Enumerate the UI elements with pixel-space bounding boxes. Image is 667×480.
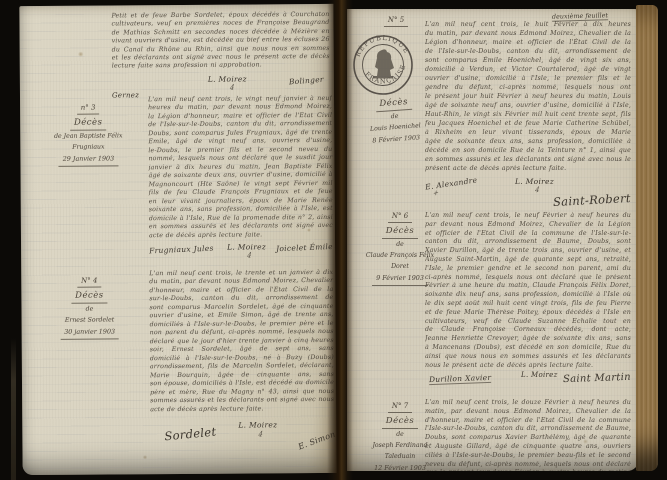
margin-note-act5-number: N° 5 (361, 15, 431, 29)
deceased-name: de (86, 306, 94, 315)
act-date: 12 Février 1903 (370, 464, 430, 471)
signature-mayor: L. Moirez (515, 177, 554, 186)
signature-declarant: Sordelet (164, 425, 217, 444)
handwriting-line: domicilié à Verdun, et Victor Courtalero… (425, 65, 631, 74)
right-page: N° 5 deuxième feuillet RÉPUBLIQUE FRANÇA… (347, 9, 639, 471)
handwriting-line: sont comparus Émile Hoenichel, âgé de vi… (425, 56, 631, 65)
handwriting-line: Février à une heure du matin, Claude Fra… (425, 282, 631, 291)
signature-declarant: Durillon Xavier (429, 373, 492, 385)
act-number: N° 7 (388, 401, 412, 413)
handwriting-line: que le présent jour douze Février à quat… (425, 469, 631, 471)
act-number: N° 6 (388, 211, 412, 223)
act4-signatures: Sordelet L. Moirez 4 E. Simon (150, 418, 334, 465)
underlying-page-edge (11, 338, 16, 480)
deceased-name: Claude François Félix (366, 252, 434, 261)
handwriting-line: en sommes assurés et les déclarants ont … (425, 155, 631, 164)
signature-witness: Bolinger (289, 75, 324, 87)
signature-witness: Joicelet Émile (276, 242, 333, 253)
handwriting-line: acte de décès après lecture faite. (150, 404, 334, 414)
handwriting-line: L'an mil neuf cent trois, le huit Févrie… (425, 20, 631, 29)
margin-note-act3: n° 3 Décès de Jean Baptiste Félix Frugni… (38, 102, 138, 168)
handwriting-line: Jeanne Henriette Crevoyer, âgée de soixa… (425, 335, 631, 344)
handwriting-line: ainsi que nous nous en sommes assurés et… (425, 353, 631, 362)
deceased-name: Frugniaux (72, 144, 104, 153)
handwriting-line: Légion d'honneur, maire et officier de l… (425, 38, 631, 47)
deceased-name: Doret (391, 263, 409, 272)
official-seal-stamp: RÉPUBLIQUE FRANÇAISE (351, 33, 415, 97)
signature-witness: Saint Martin (563, 372, 631, 385)
handwriting-line: canton du dit, arrondissement de Baume, … (425, 238, 631, 247)
act-date: 29 Janvier 1903 (59, 155, 119, 167)
handwriting-line: de l'Isle-sur-le-Doubs, canton du dit, a… (425, 47, 631, 56)
signature-witness: E. Simon (297, 430, 336, 452)
deceased-name: Taleduain (385, 453, 416, 462)
handwriting-line: acte de décès après lecture faite. (149, 230, 333, 240)
handwriting-line: L'an mil neuf cent trois, le neuf Févrie… (425, 212, 631, 221)
handwriting-line: de Claude Françoise Corneaux décédés, do… (425, 326, 631, 335)
paper-stain (78, 52, 84, 57)
act-number: n° 3 (77, 103, 100, 115)
act6-body-text: L'an mil neuf cent trois, le neuf Févrie… (425, 212, 631, 370)
paraph-flourish-icon: 4 (230, 83, 235, 92)
handwriting-line: âgée de soixante deux ans, sans professi… (425, 137, 631, 146)
signature-mayor: L. Moirez (227, 242, 266, 251)
register-scan: Petit et de feue Barbe Sordelet, époux d… (0, 0, 667, 480)
signature-mayor: L. Moirez (208, 75, 247, 84)
handwriting-line: soixante dix neuf ans, sans profession, … (425, 291, 631, 300)
handwriting-line: matin, par devant nous Edmond Moirez, Ch… (425, 408, 631, 417)
act4-body-text: L'an mil neuf cent trois, le trente et u… (149, 269, 334, 414)
handwriting-line: d'honneur, maire et officier de l'État C… (425, 417, 631, 426)
handwriting-line: et officier de l'État Civil de la commun… (425, 230, 631, 239)
handwriting-line: à Rixheim en leur vivant tisserands, épo… (425, 128, 631, 137)
handwriting-line: et de feue Marie Thérèse Poitey, époux d… (425, 309, 631, 318)
handwriting-line: à Mancenans (Doubs), est décédé en son d… (425, 344, 631, 353)
handwriting-line: nous le présent acte de décès après lect… (425, 362, 631, 371)
handwriting-line: et Auguste Gillard, âgé de cinquante qua… (425, 443, 631, 452)
deceased-name: Joseph Ferdinand (372, 442, 427, 451)
handwriting-line: le dix sept août mil huit cent vingt tro… (425, 300, 631, 309)
act6-signatures: Durillon Xavier L. Moirez Saint Martin (425, 371, 631, 393)
handwriting-line: ouvrier d'usine, domicilié à l'Isle, le … (425, 74, 631, 83)
handwriting-line: par devant nous Edmond Moirez, Chevalier… (425, 221, 631, 230)
left-page: Petit et de feue Barbe Sordelet, époux d… (19, 4, 336, 475)
handwriting-line: Xavier Durillon, âgé de trente trois ans… (425, 247, 631, 256)
handwriting-line: l'Isle-sur-le-Doubs, canton du dit, arro… (425, 425, 631, 434)
deceased-name: de Jean Baptiste Félix (54, 133, 122, 142)
handwriting-line: cultivateurs, veuf de Claude Suzanne Ech… (425, 318, 631, 327)
act7-body-text: L'an mil neuf cent trois, le douze Févri… (425, 399, 631, 471)
handwriting-line: L'an mil neuf cent trois, le douze Févri… (425, 399, 631, 408)
act-date: 8 Février 1903 (372, 134, 420, 147)
act-number: N° 4 (77, 276, 101, 288)
handwriting-line: le présent jour huit Février à neuf heur… (425, 92, 631, 101)
paraph-flourish-icon: 4 (258, 430, 263, 439)
act-type: Décès (375, 96, 412, 113)
act3-body-text: L'an mil neuf cent trois, le vingt neuf … (148, 95, 333, 240)
handwriting-line: l'Isle, le premier gendre et le second n… (425, 265, 631, 274)
signature-declarant: Gernez (112, 91, 139, 99)
act5-signatures: E. Alexandre + L. Moirez 4 Saint-Robert (425, 177, 631, 213)
handwriting-line: lecture faite sans profession ni approba… (112, 61, 330, 71)
paraph-flourish-icon: 4 (535, 185, 540, 194)
act-type: Décès (71, 290, 108, 305)
handwriting-line: âgé de soixante neuf ans, ouvrier d'usin… (425, 101, 631, 110)
handwriting-line: ci-après nommé, lesquels nous ont déclar… (425, 274, 631, 283)
act-continuation-text: Petit et de feue Barbe Sordelet, époux d… (111, 11, 329, 71)
handwriting-line: feu Jacques Hoenichel et de feue Marie C… (425, 119, 631, 128)
handwriting-line: neveu du défunt, ci-après nommé, lesquel… (425, 461, 631, 470)
deceased-name: de (396, 241, 404, 250)
act3-signatures: Frugniaux Jules L. Moirez 4 Joicelet Émi… (149, 242, 333, 263)
signature-mayor: L. Moirez (521, 371, 558, 379)
paraph-flourish-icon: 4 (247, 251, 252, 260)
deceased-name: de (391, 113, 399, 122)
signature-declarant: Frugniaux Jules (149, 244, 214, 256)
continuation-signatures: L. Moirez 4 Bolinger Gernez (112, 72, 330, 98)
margin-note-act4: N° 4 Décès de Ernest Sordelet 30 janvier… (39, 275, 139, 341)
handwriting-line: Haut-Rhin, le vingt six Février mil huit… (425, 110, 631, 119)
act-type: Décès (382, 415, 419, 429)
handwriting-line: décédé en son domicile Rue de la Teintur… (425, 146, 631, 155)
act-type: Décès (70, 117, 107, 132)
handwriting-line: présent acte de décès après lecture fait… (425, 164, 631, 173)
deceased-name: de (396, 431, 404, 440)
seated-marianne-figure-icon (373, 49, 394, 78)
act-date: 30 janvier 1903 (60, 328, 119, 340)
signature-mayor: L. Moirez (238, 420, 277, 429)
page-edges-stack (636, 5, 658, 471)
act5-body-text: L'an mil neuf cent trois, le huit Févrie… (425, 20, 631, 173)
handwriting-line: ciliés à l'Isle-sur-le-Doubs, le premier… (425, 452, 631, 461)
act-date: 9 Février 1903 (372, 274, 428, 285)
cross-flourish-icon: + (433, 188, 440, 198)
handwriting-line: gendre du défunt, ci-après nommé, lesque… (425, 83, 631, 92)
handwriting-line: Auguste Saint-Martin, âgé de quarante se… (425, 256, 631, 265)
act-type: Décès (382, 225, 419, 239)
signature-witness: Saint-Robert (553, 191, 631, 209)
handwriting-line: du matin, par devant nous Edmond Moirez,… (425, 29, 631, 38)
deceased-name: Ernest Sordelet (65, 317, 114, 326)
paper-stain (143, 455, 148, 459)
act-number: N° 5 (384, 15, 408, 27)
handwriting-line: Doubs, sont comparus Xavier Barthélémy, … (425, 434, 631, 443)
